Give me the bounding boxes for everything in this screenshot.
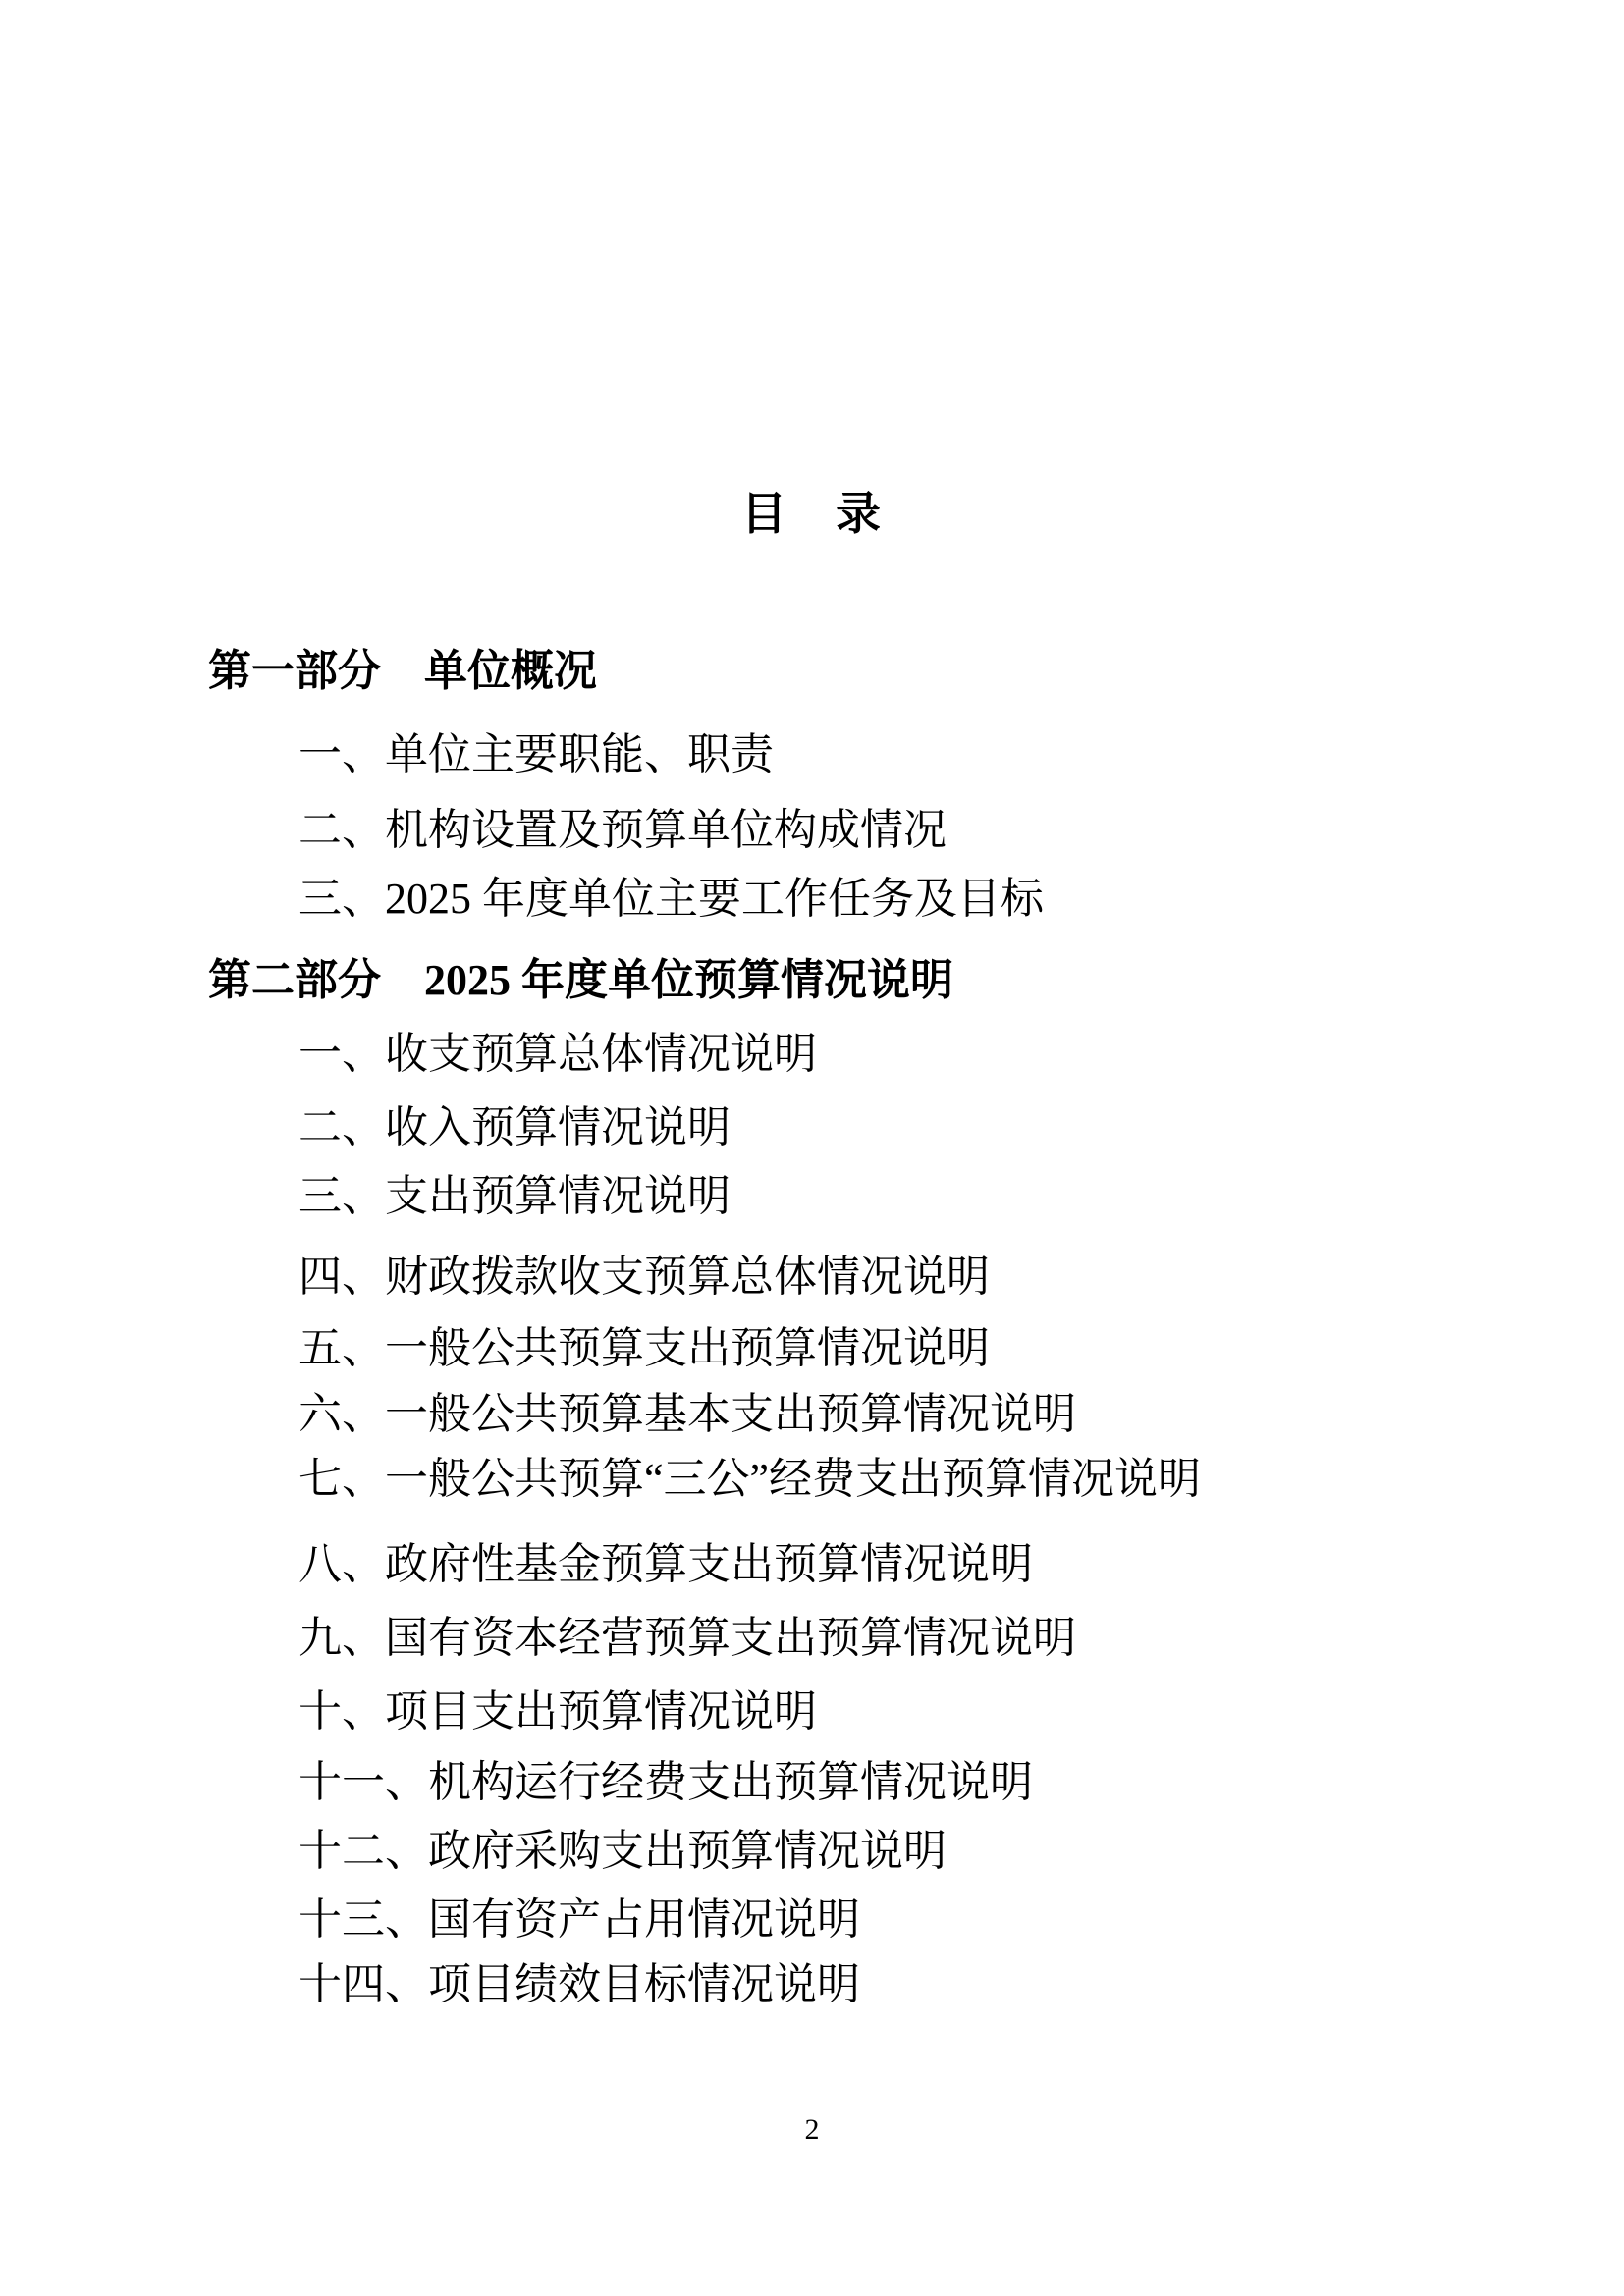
toc-item-s1-1: 一、单位主要职能、职责 — [0, 731, 1624, 778]
toc-item-s2-6: 六、一般公共预算基本支出预算情况说明 — [0, 1391, 1624, 1438]
toc-item-s2-8: 八、政府性基金预算支出预算情况说明 — [0, 1541, 1624, 1588]
toc-item-s2-1: 一、收支预算总体情况说明 — [0, 1031, 1624, 1078]
page-title: 目 录 — [0, 491, 1624, 538]
toc-item-s2-4: 四、财政拨款收支预算总体情况说明 — [0, 1254, 1624, 1301]
toc-item-s2-10: 十、项目支出预算情况说明 — [0, 1688, 1624, 1735]
page-number: 2 — [0, 2112, 1624, 2148]
toc-item-s1-2: 二、机构设置及预算单位构成情况 — [0, 807, 1624, 854]
toc-item-s2-14: 十四、项目绩效目标情况说明 — [0, 1961, 1624, 2008]
toc-item-s2-7: 七、一般公共预算“三公”经费支出预算情况说明 — [0, 1456, 1624, 1503]
toc-item-s2-12: 十二、政府采购支出预算情况说明 — [0, 1828, 1624, 1875]
toc-section-2-heading: 第二部分 2025 年度单位预算情况说明 — [0, 957, 1624, 1004]
document-page: 目 录 第一部分 单位概况 一、单位主要职能、职责 二、机构设置及预算单位构成情… — [0, 0, 1624, 2296]
toc-item-s2-5: 五、一般公共预算支出预算情况说明 — [0, 1325, 1624, 1372]
toc-item-s2-2: 二、收入预算情况说明 — [0, 1104, 1624, 1151]
toc-item-s2-13: 十三、国有资产占用情况说明 — [0, 1896, 1624, 1944]
toc-section-1-heading: 第一部分 单位概况 — [0, 648, 1624, 695]
toc-item-s2-9: 九、国有资本经营预算支出预算情况说明 — [0, 1615, 1624, 1662]
toc-item-s2-11: 十一、机构运行经费支出预算情况说明 — [0, 1759, 1624, 1806]
toc-item-s1-3: 三、2025 年度单位主要工作任务及目标 — [0, 876, 1624, 923]
toc-item-s2-3: 三、支出预算情况说明 — [0, 1173, 1624, 1220]
